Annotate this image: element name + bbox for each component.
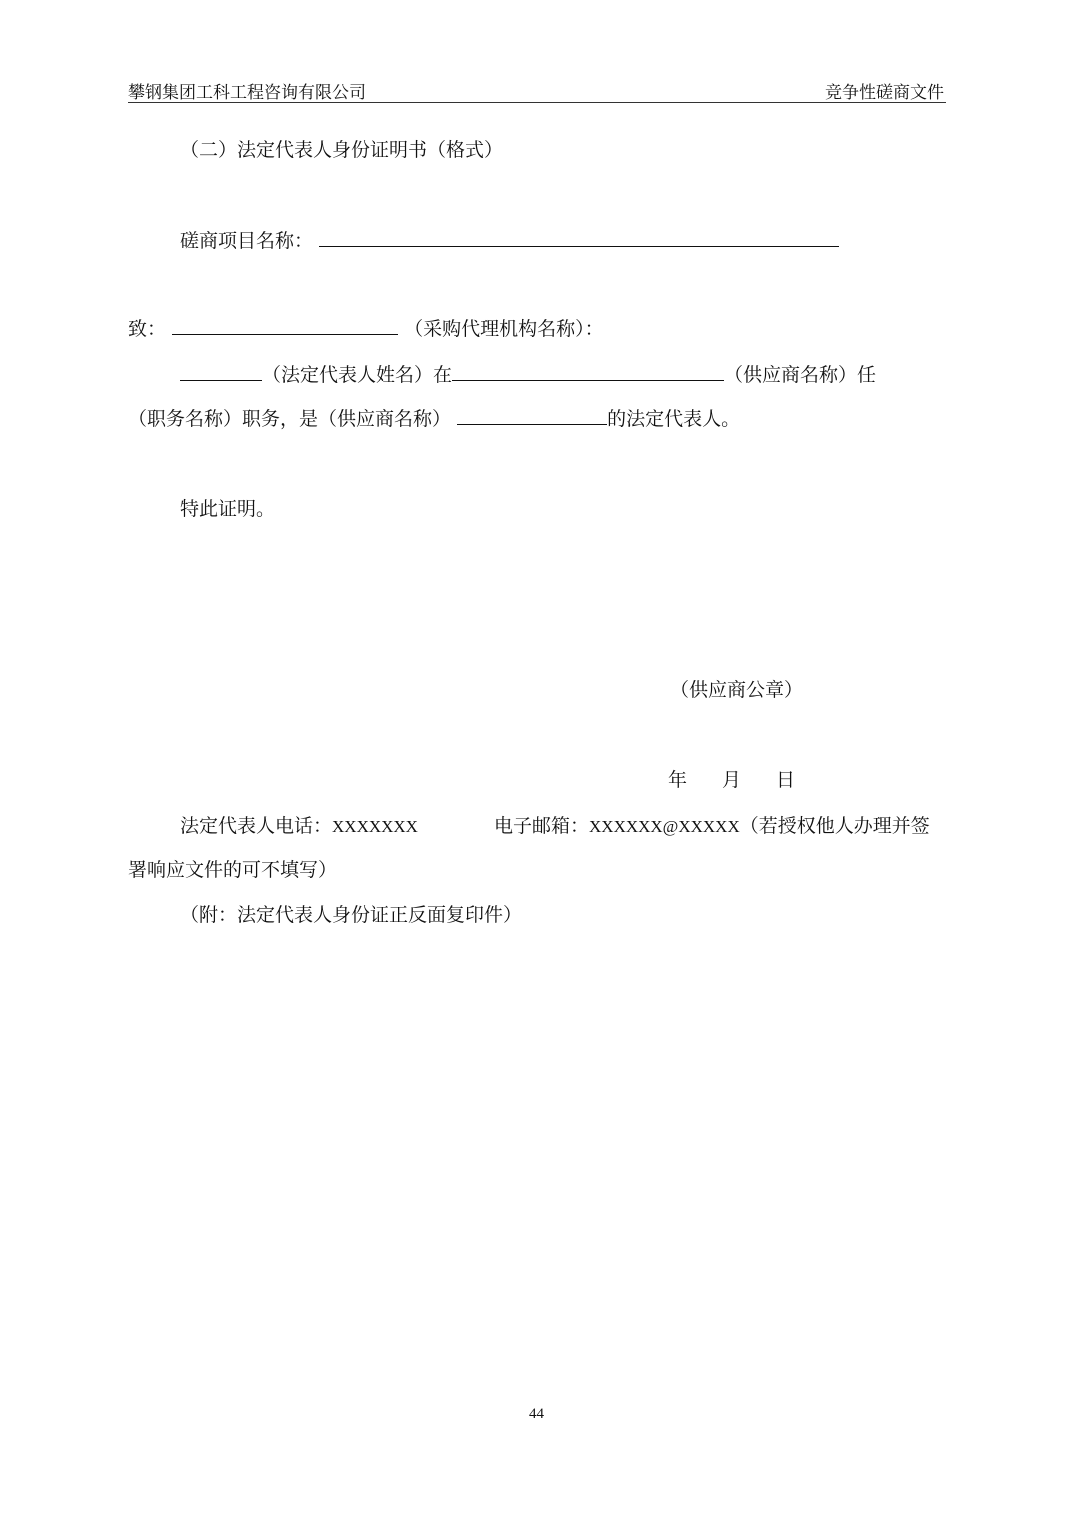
certify-text: 特此证明。	[180, 497, 275, 521]
supplier-seal-label: （供应商公章）	[670, 678, 803, 702]
body-line-2: （职务名称）职务，是（供应商名称） 的法定代表人。	[128, 406, 740, 431]
project-name-blank[interactable]	[319, 228, 839, 247]
email-value: XXXXXX@XXXXX	[589, 817, 740, 836]
body-line-2-b: 的法定代表人。	[607, 408, 740, 430]
header-divider	[128, 102, 946, 103]
body-line-2-a: （职务名称）职务，是（供应商名称）	[128, 408, 451, 430]
project-name-label: 磋商项目名称：	[180, 230, 313, 252]
section-title: （二）法定代表人身份证明书（格式）	[180, 138, 503, 162]
date-year: 年	[668, 768, 687, 792]
agency-name-blank[interactable]	[172, 316, 398, 335]
phone-value: XXXXXXX	[332, 817, 418, 836]
header-doc-title: 竞争性磋商文件	[825, 78, 944, 103]
page-number: 44	[529, 1406, 544, 1423]
rep-name-blank[interactable]	[180, 362, 262, 381]
contact-note-a: （若授权他人办理并签	[740, 815, 930, 837]
addressee-line: 致： （采购代理机构名称）：	[128, 316, 604, 341]
contact-line: 法定代表人电话：XXXXXXX	[180, 814, 418, 839]
body-line-1-b: （供应商名称）任	[724, 364, 876, 386]
header-company: 攀钢集团工科工程咨询有限公司	[128, 78, 366, 103]
supplier-name-blank[interactable]	[452, 362, 724, 381]
body-line-1: （法定代表人姓名）在（供应商名称）任	[180, 362, 876, 387]
addressee-suffix: （采购代理机构名称）：	[404, 318, 604, 340]
addressee-prefix: 致：	[128, 318, 166, 340]
email-line: 电子邮箱：XXXXXX@XXXXX（若授权他人办理并签	[494, 814, 930, 839]
email-label: 电子邮箱：	[494, 815, 589, 837]
project-name-line: 磋商项目名称：	[180, 228, 839, 253]
date-month: 月	[722, 768, 741, 792]
phone-label: 法定代表人电话：	[180, 815, 332, 837]
date-day: 日	[776, 768, 795, 792]
supplier-name-blank-2[interactable]	[457, 406, 607, 425]
attachment-note: （附：法定代表人身份证正反面复印件）	[180, 903, 522, 927]
contact-note-b: 署响应文件的可不填写）	[128, 858, 337, 882]
body-line-1-a: （法定代表人姓名）在	[262, 364, 452, 386]
